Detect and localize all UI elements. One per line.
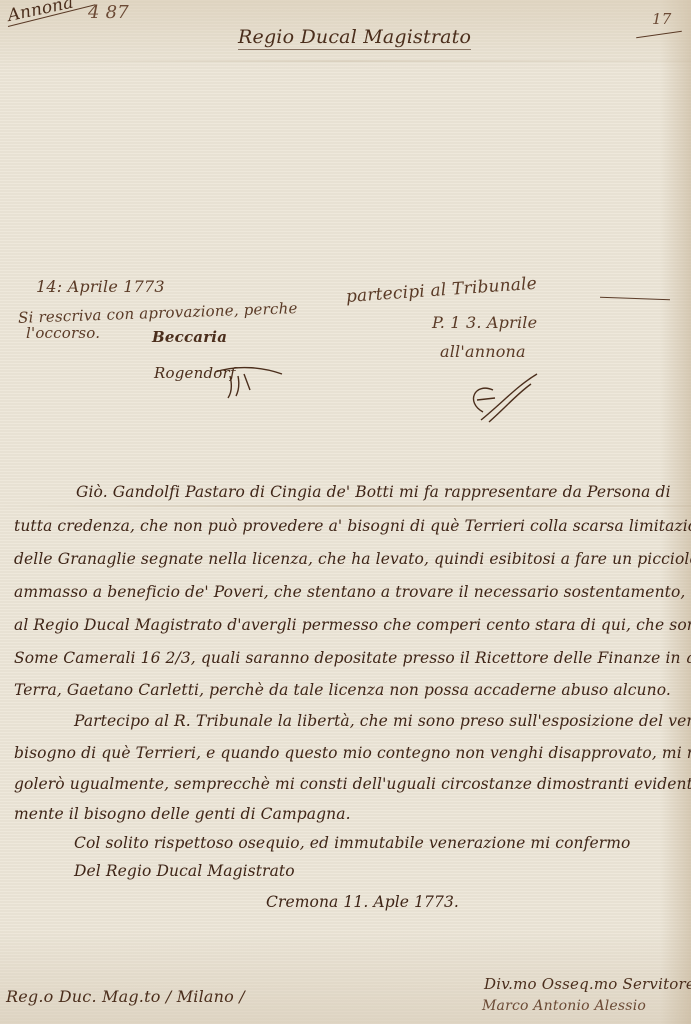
annotation-date: 14: Aprile 1773	[36, 277, 165, 296]
folio-reference: 4 87	[88, 2, 129, 23]
closing-line: Del Regio Ducal Magistrato	[74, 862, 688, 880]
manuscript-page: Annona 4 87 Regio Ducal Magistrato 17 14…	[0, 0, 691, 1024]
place-date: Cremona 11. Aple 1773.	[266, 893, 566, 911]
signature-flourish-icon	[210, 360, 290, 400]
footer-valediction: Div.mo Osseq.mo Servitore	[484, 975, 691, 993]
body-line: tutta credenza, che non può provedere a'…	[14, 517, 688, 535]
page-number: 17	[652, 10, 672, 28]
closing-line: Col solito rispettoso osequio, ed immuta…	[74, 834, 688, 852]
annotation-signature-1: Beccaria	[152, 328, 227, 346]
body-line: golerò ugualmente, semprecchè mi consti …	[14, 775, 688, 793]
annotation-right-line-3: all'annona	[440, 342, 526, 361]
addressee-heading: Regio Ducal Magistrato	[238, 26, 471, 50]
body-line: Partecipo al R. Tribunale la libertà, ch…	[74, 712, 688, 730]
footer-address: Reg.o Duc. Mag.to / Milano /	[6, 987, 245, 1006]
body-line: delle Granaglie segnate nella licenza, c…	[14, 550, 688, 568]
body-line: ammasso a beneficio de' Poveri, che sten…	[14, 583, 688, 601]
body-line: Giò. Gandolfi Pastaro di Cingia de' Bott…	[76, 483, 688, 501]
annotation-line-1: Si rescriva con aprovazione, perche	[18, 299, 298, 327]
paper-fold-line	[0, 60, 691, 62]
body-line: mente il bisogno delle genti di Campagna…	[14, 805, 688, 823]
paper-fold-line	[0, 505, 691, 507]
body-line: al Regio Ducal Magistrato d'avergli perm…	[14, 616, 688, 634]
category-label: Annona	[6, 0, 75, 26]
footer-signatory: Marco Antonio Alessio	[482, 998, 646, 1014]
annotation-initials: E	[478, 388, 479, 389]
body-line: Some Camerali 16 2/3, quali saranno depo…	[14, 649, 688, 667]
annotation-right-line-1: partecipi al Tribunale	[345, 274, 537, 307]
initials-flourish-icon	[455, 372, 545, 427]
body-line: bisogno di què Terrieri, e quando questo…	[14, 744, 688, 762]
annotation-stroke	[600, 297, 670, 300]
annotation-line-2: l'occorso.	[26, 324, 100, 342]
body-line: Terra, Gaetano Carletti, perchè da tale …	[14, 681, 688, 699]
annotation-right-line-2: P. 1 3. Aprile	[432, 313, 537, 332]
page-number-stroke	[636, 31, 682, 38]
